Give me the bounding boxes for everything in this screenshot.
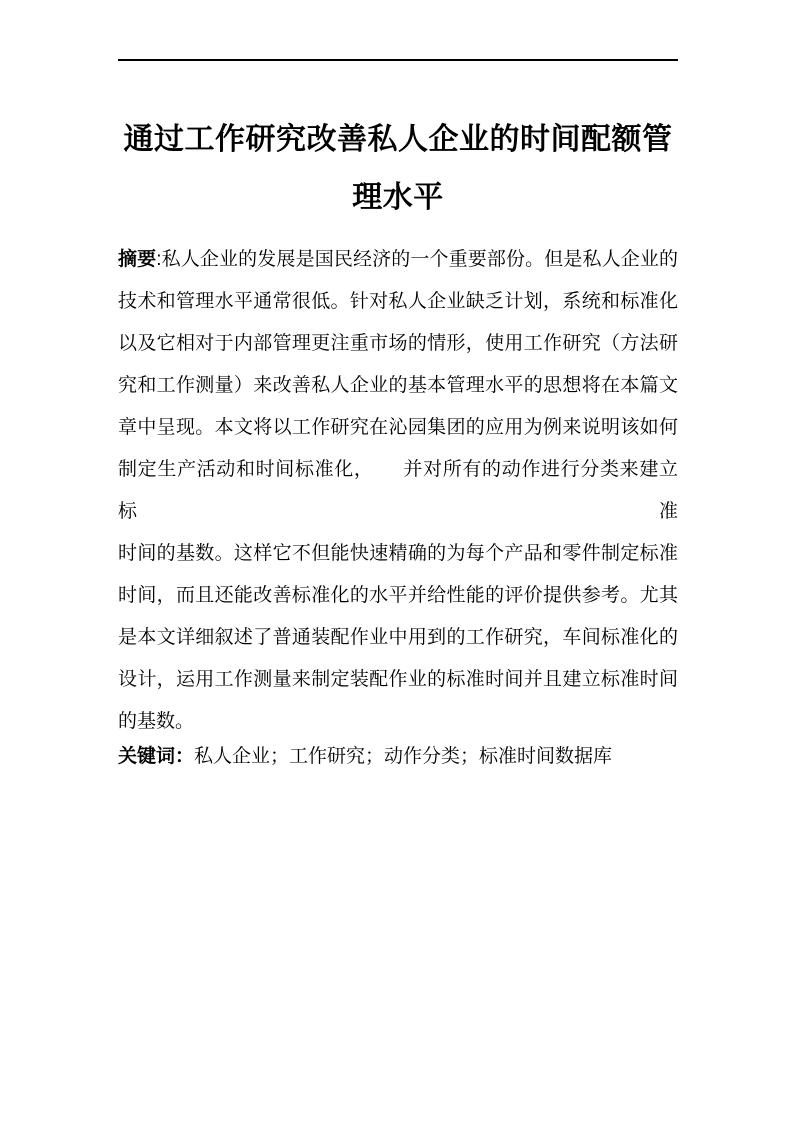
keywords-label: 关键词：	[118, 746, 194, 767]
keywords-text: 私人企业；工作研究；动作分类；标准时间数据库	[194, 746, 612, 767]
abstract-line: 是本文详细叙述了普通装配作业中用到的工作研究，车间标准化的	[118, 617, 678, 659]
document-page: 通过工作研究改善私人企业的时间配额管 理水平 摘要:私人企业的发展是国民经济的一…	[0, 0, 794, 1123]
title-line-1: 通过工作研究改善私人企业的时间配额管	[118, 111, 678, 169]
abstract-line: 摘要:私人企业的发展是国民经济的一个重要部份。但是私人企业的	[118, 239, 678, 281]
abstract-line: 设计，运用工作测量来制定装配作业的标准时间并且建立标准时间	[118, 659, 678, 701]
header-rule	[118, 59, 678, 61]
abstract-line: 时间的基数。这样它不但能快速精确的为每个产品和零件制定标准	[118, 533, 678, 575]
abstract-line: 制定生产活动和时间标准化， 并对所有的动作进行分类来建立标准	[118, 449, 678, 533]
keywords-line: 关键词：私人企业；工作研究；动作分类；标准时间数据库	[118, 736, 678, 778]
abstract-line: 技术和管理水平通常很低。针对私人企业缺乏计划，系统和标准化	[118, 281, 678, 323]
page-content: 通过工作研究改善私人企业的时间配额管 理水平 摘要:私人企业的发展是国民经济的一…	[118, 59, 678, 778]
abstract-line: 时间，而且还能改善标准化的水平并给性能的评价提供参考。尤其	[118, 575, 678, 617]
title-line-2: 理水平	[118, 169, 678, 227]
abstract-text: 私人企业的发展是国民经济的一个重要部份。但是私人企业的	[162, 249, 678, 270]
abstract-label: 摘要	[118, 249, 156, 270]
document-title: 通过工作研究改善私人企业的时间配额管 理水平	[118, 111, 678, 227]
abstract-line: 章中呈现。本文将以工作研究在沁园集团的应用为例来说明该如何	[118, 407, 678, 449]
abstract-paragraph: 摘要:私人企业的发展是国民经济的一个重要部份。但是私人企业的 技术和管理水平通常…	[118, 239, 678, 743]
abstract-line: 究和工作测量）来改善私人企业的基本管理水平的思想将在本篇文	[118, 365, 678, 407]
abstract-line: 以及它相对于内部管理更注重市场的情形，使用工作研究（方法研	[118, 323, 678, 365]
